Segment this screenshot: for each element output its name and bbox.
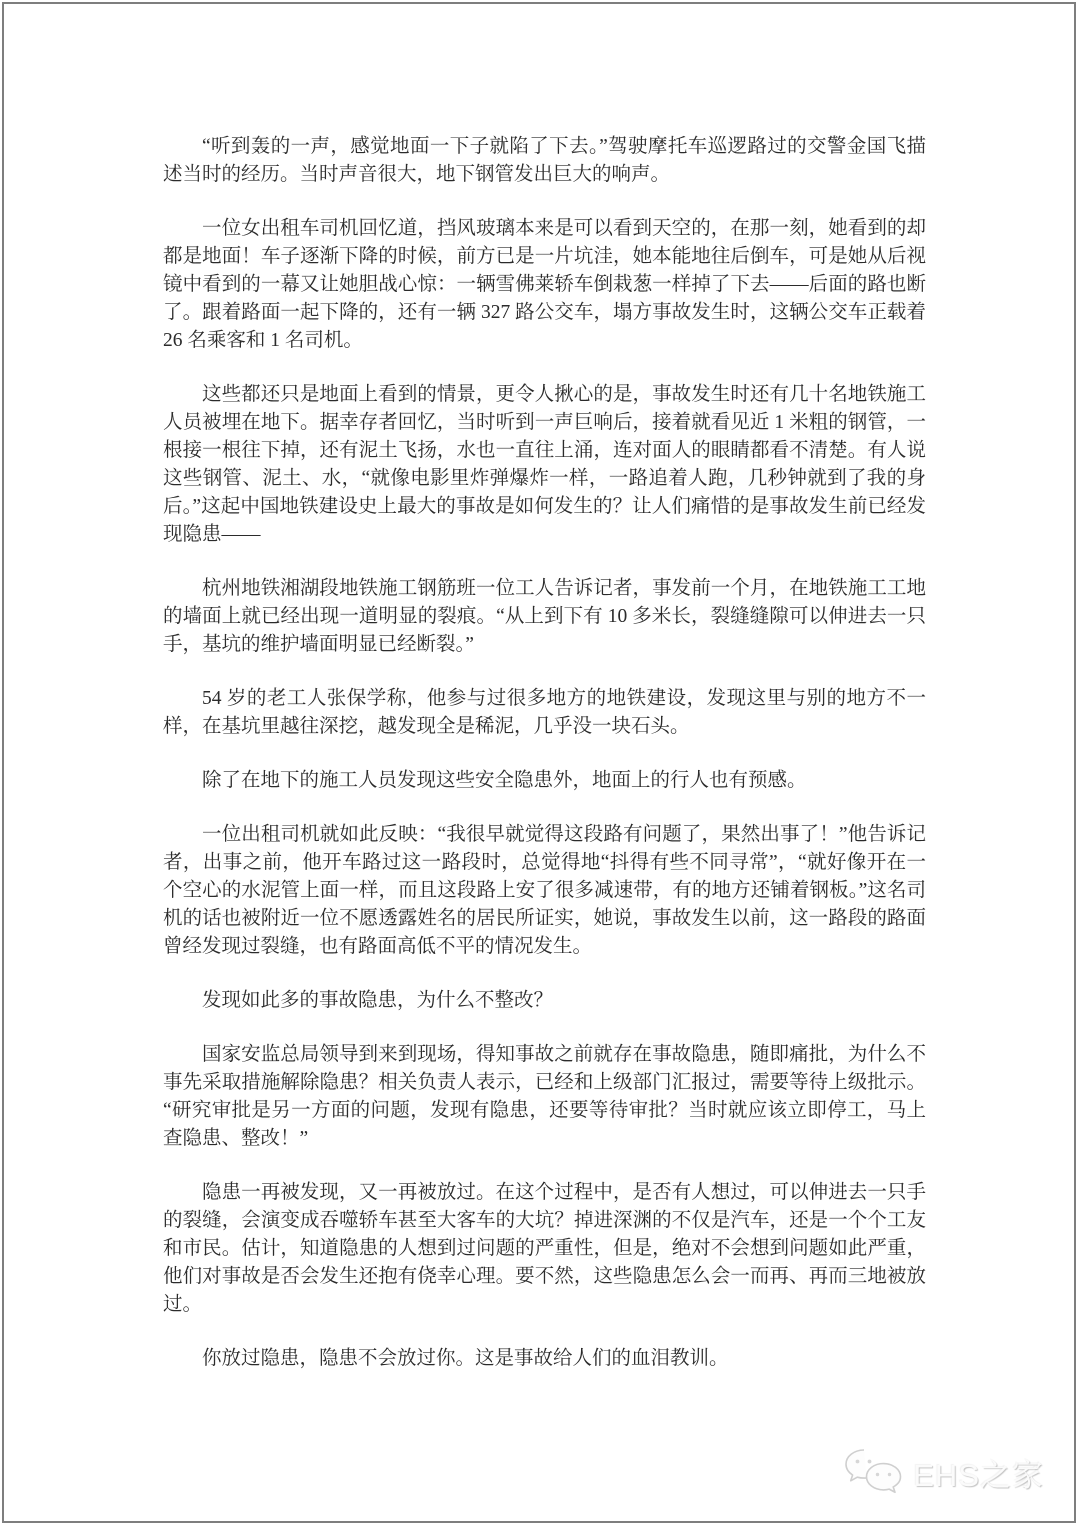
paragraph: 这些都还只是地面上看到的情景，更令人揪心的是，事故发生时还有几十名地铁施工人员被…: [163, 381, 926, 549]
paragraph: 除了在地下的施工人员发现这些安全隐患外，地面上的行人也有预感。: [163, 767, 926, 795]
watermark-label: EHS之家: [913, 1450, 1044, 1495]
paragraph: 国家安监总局领导到来到现场，得知事故之前就存在事故隐患，随即痛批，为什么不事先采…: [163, 1041, 926, 1153]
paragraph: 杭州地铁湘湖段地铁施工钢筋班一位工人告诉记者，事发前一个月，在地铁施工工地的墙面…: [163, 575, 926, 659]
paragraph: 一位女出租车司机回忆道，挡风玻璃本来是可以看到天空的，在那一刻，她看到的却都是地…: [163, 215, 926, 355]
paragraph: 你放过隐患，隐患不会放过你。这是事故给人们的血泪教训。: [163, 1345, 926, 1373]
paragraph: 一位出租司机就如此反映：“我很早就觉得这段路有问题了，果然出事了！”他告诉记者，…: [163, 821, 926, 961]
article-body: “听到轰的一声，感觉地面一下子就陷了下去。”驾驶摩托车巡逻路过的交警金国飞描述当…: [163, 133, 926, 1399]
paragraph: “听到轰的一声，感觉地面一下子就陷了下去。”驾驶摩托车巡逻路过的交警金国飞描述当…: [163, 133, 926, 189]
paragraph: 隐患一再被发现，又一再被放过。在这个过程中，是否有人想过，可以伸进去一只手的裂缝…: [163, 1179, 926, 1319]
paragraph: 发现如此多的事故隐患，为什么不整改？: [163, 987, 926, 1015]
paragraph: 54 岁的老工人张保学称，他参与过很多地方的地铁建设，发现这里与别的地方不一样，…: [163, 685, 926, 741]
watermark: EHS之家: [843, 1447, 1044, 1497]
wechat-icon: [843, 1447, 905, 1497]
